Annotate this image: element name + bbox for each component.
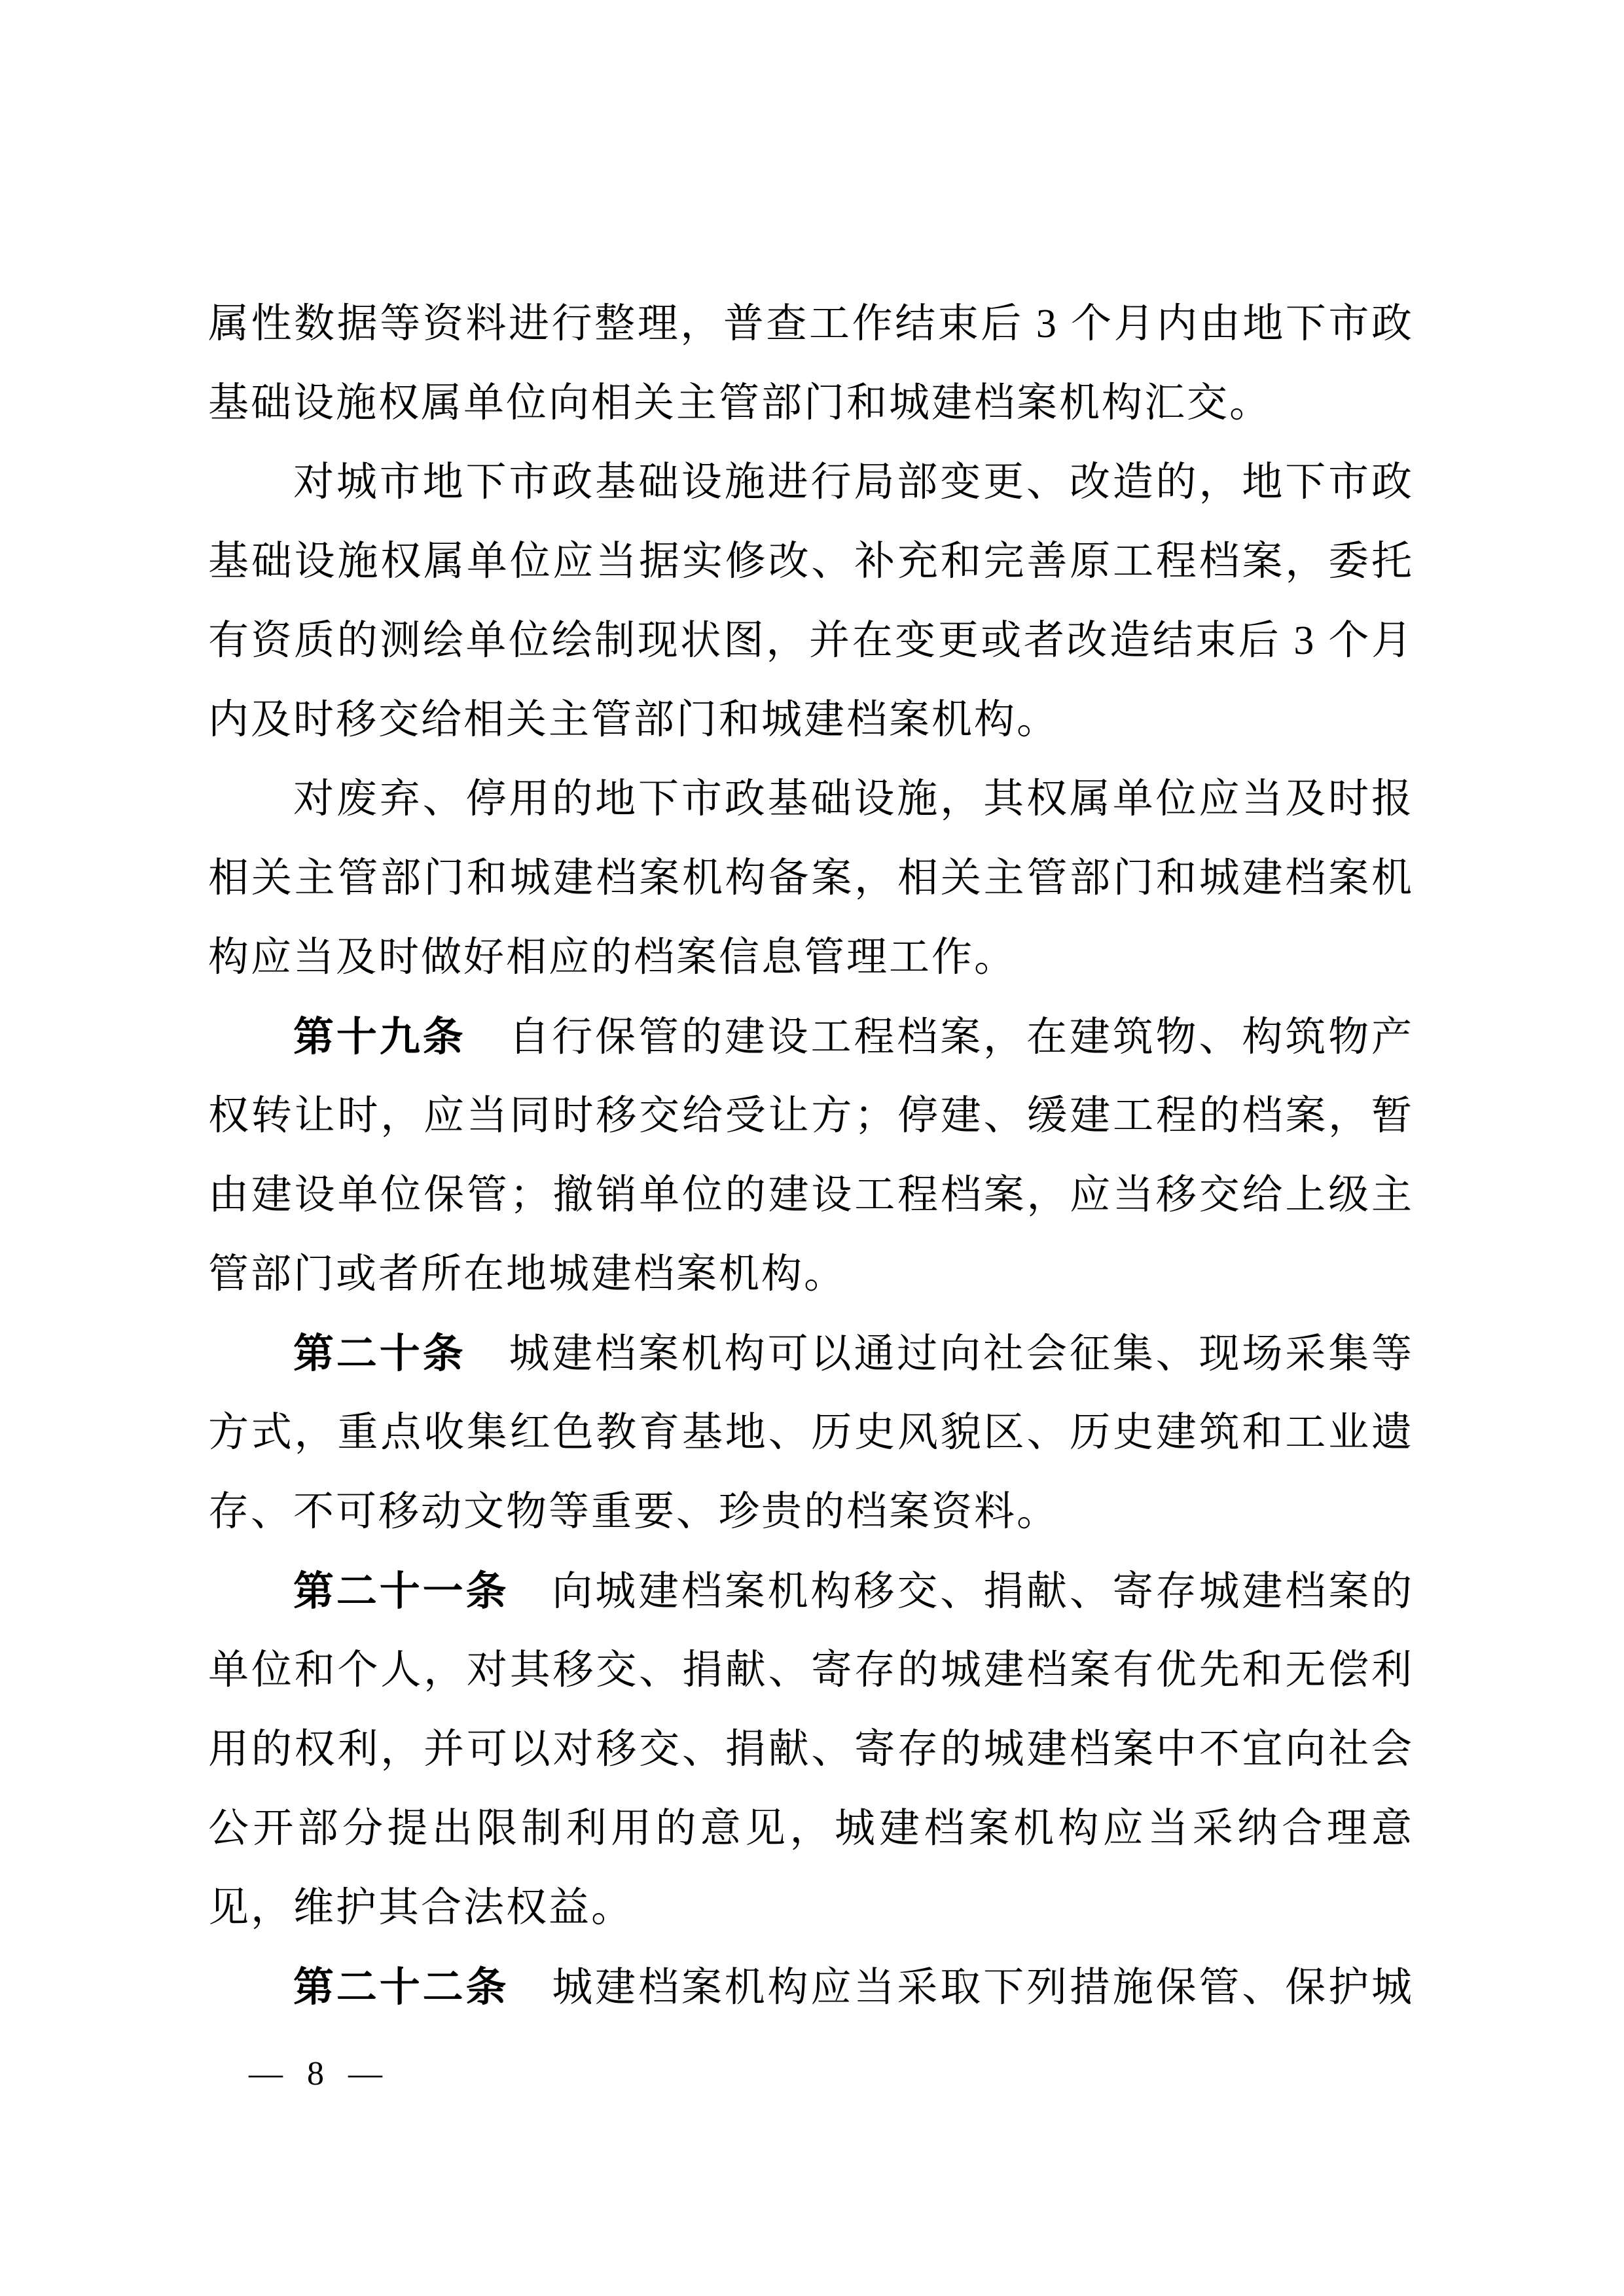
text-line: 有资质的测绘单位绘制现状图，并在变更或者改造结束后 3 个月: [208, 601, 1414, 681]
text-line: 公开部分提出限制利用的意见，城建档案机构应当采纳合理意: [208, 1789, 1414, 1869]
text-line: 管部门或者所在地城建档案机构。: [208, 1235, 1414, 1314]
article-heading-line: 第二十二条 城建档案机构应当采取下列措施保管、保护城: [208, 1948, 1414, 2027]
text-line: 用的权利，并可以对移交、捐献、寄存的城建档案中不宜向社会: [208, 1710, 1414, 1789]
page: { "page": { "number": "8", "footer_text"…: [0, 0, 1624, 2296]
article-heading-line: 第二十一条 向城建档案机构移交、捐献、寄存城建档案的: [208, 1552, 1414, 1631]
article-number: 第二十一条: [293, 1569, 509, 1614]
text-line: 构应当及时做好相应的档案信息管理工作。: [208, 918, 1414, 997]
text-line: 对废弃、停用的地下市政基础设施，其权属单位应当及时报: [208, 760, 1414, 839]
text-line: 单位和个人，对其移交、捐献、寄存的城建档案有优先和无偿利: [208, 1631, 1414, 1710]
text-line: 由建设单位保管；撤销单位的建设工程档案，应当移交给上级主: [208, 1156, 1414, 1235]
article-heading-line: 第二十条 城建档案机构可以通过向社会征集、现场采集等: [208, 1314, 1414, 1393]
text-line: 权转让时，应当同时移交给受让方；停建、缓建工程的档案，暂: [208, 1077, 1414, 1156]
text-line: 存、不可移动文物等重要、珍贵的档案资料。: [208, 1473, 1414, 1552]
text-line: 见，维护其合法权益。: [208, 1869, 1414, 1948]
text-line: 属性数据等资料进行整理，普查工作结束后 3 个月内由地下市政: [208, 285, 1414, 364]
text-line: 基础设施权属单位向相关主管部门和城建档案机构汇交。: [208, 364, 1414, 443]
article-number: 第二十二条: [293, 1965, 509, 2010]
text-line: 对城市地下市政基础设施进行局部变更、改造的，地下市政: [208, 443, 1414, 522]
text-line: 方式，重点收集红色教育基地、历史风貌区、历史建筑和工业遗: [208, 1393, 1414, 1473]
text-line: 基础设施权属单位应当据实修改、补充和完善原工程档案，委托: [208, 522, 1414, 601]
page-number: — 8 —: [249, 2054, 390, 2094]
text-line: 相关主管部门和城建档案机构备案，相关主管部门和城建档案机: [208, 839, 1414, 918]
article-number: 第二十条: [293, 1331, 466, 1376]
document-body: 属性数据等资料进行整理，普查工作结束后 3 个月内由地下市政基础设施权属单位向相…: [208, 285, 1414, 2027]
article-number: 第十九条: [293, 1014, 466, 1060]
article-heading-line: 第十九条 自行保管的建设工程档案，在建筑物、构筑物产: [208, 997, 1414, 1077]
text-line: 内及时移交给相关主管部门和城建档案机构。: [208, 681, 1414, 760]
